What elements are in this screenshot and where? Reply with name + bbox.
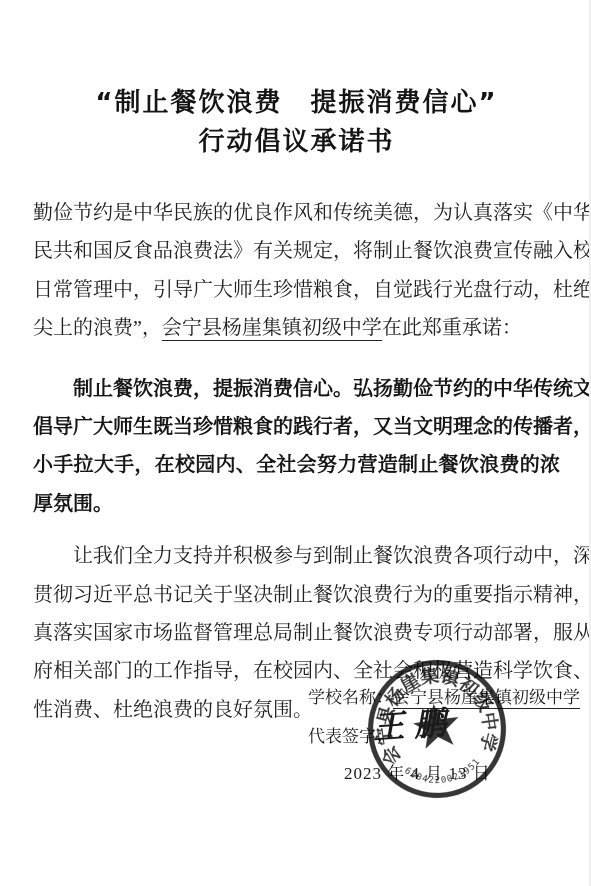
body-line: 真落实国家市场监督管理总局制止餐饮浪费专项行动部署，服从政 xyxy=(33,614,560,652)
body-line: 日常管理中，引导广大师生珍惜粮食，自觉践行光盘行动，杜绝“舌 xyxy=(33,271,560,309)
body-line: 制止餐饮浪费，提振消费信心。弘扬勤俭节约的中华传统文化， xyxy=(33,370,560,408)
body-line: 勤俭节约是中华民族的优良作风和传统美德，为认真落实《中华人 xyxy=(33,194,560,232)
paragraph-1: 勤俭节约是中华民族的优良作风和传统美德，为认真落实《中华人 民共和国反食品浪费法… xyxy=(33,194,560,348)
scanned-document-page: “制止餐饮浪费 提振消费信心” 行动倡议承诺书 勤俭节约是中华民族的优良作风和传… xyxy=(0,0,591,886)
body-line-with-underline: 尖上的浪费”，会宁县杨崖集镇初级中学在此郑重承诺： xyxy=(33,309,560,347)
body-line: 贯彻习近平总书记关于坚决制止餐饮浪费行为的重要指示精神，认 xyxy=(33,576,560,614)
body-line: 倡导广大师生既当珍惜粮食的践行者，又当文明理念的传播者，以 xyxy=(33,408,560,446)
body-line: 民共和国反食品浪费法》有关规定，将制止餐饮浪费宣传融入校园 xyxy=(33,232,560,270)
school-name-underlined: 会宁县杨崖集镇初级中学 xyxy=(162,317,382,341)
title-line-1: “制止餐饮浪费 提振消费信心” xyxy=(33,84,560,123)
title-line-2: 行动倡议承诺书 xyxy=(33,123,560,162)
handwritten-signature: 王鹏 xyxy=(370,697,457,749)
line-suffix: 在此郑重承诺： xyxy=(382,317,522,339)
paragraph-2-bold: 制止餐饮浪费，提振消费信心。弘扬勤俭节约的中华传统文化， 倡导广大师生既当珍惜粮… xyxy=(33,370,560,524)
document-title: “制止餐饮浪费 提振消费信心” 行动倡议承诺书 xyxy=(33,84,560,162)
body-line: 让我们全力支持并积极参与到制止餐饮浪费各项行动中，深入 xyxy=(33,537,560,575)
line-prefix: 尖上的浪费”， xyxy=(33,317,162,339)
document-body: “制止餐饮浪费 提振消费信心” 行动倡议承诺书 勤俭节约是中华民族的优良作风和传… xyxy=(0,84,589,729)
body-line: 小手拉大手，在校园内、全社会努力营造制止餐饮浪费的浓厚氛围。 xyxy=(33,446,560,523)
